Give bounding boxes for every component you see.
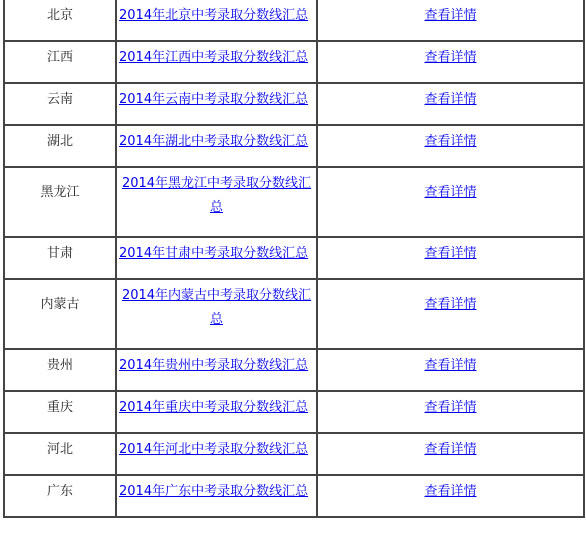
score-table: 北京 2014年北京中考录取分数线汇总 查看详情 江西 2014年江西中考录取分…: [3, 0, 585, 518]
table-row: 云南 2014年云南中考录取分数线汇总 查看详情: [4, 83, 584, 125]
region-name: 甘肃: [47, 242, 73, 266]
region-name: 黑龙江: [40, 181, 79, 205]
region-cell: 河北: [4, 433, 116, 475]
score-summary-link[interactable]: 2014年北京中考录取分数线汇总: [119, 4, 314, 28]
title-cell: 2014年内蒙古中考录取分数线汇总: [116, 279, 317, 349]
region-cell: 贵州: [4, 349, 116, 391]
detail-cell: 查看详情: [317, 475, 584, 517]
title-cell: 2014年北京中考录取分数线汇总: [116, 0, 317, 41]
score-summary-link[interactable]: 2014年云南中考录取分数线汇总: [119, 88, 314, 112]
table-row: 甘肃 2014年甘肃中考录取分数线汇总 查看详情: [4, 237, 584, 279]
title-cell: 2014年湖北中考录取分数线汇总: [116, 125, 317, 167]
view-details-link[interactable]: 查看详情: [424, 297, 476, 312]
region-cell: 北京: [4, 0, 116, 41]
detail-cell: 查看详情: [317, 279, 584, 349]
region-name: 贵州: [47, 354, 73, 378]
view-details-link[interactable]: 查看详情: [424, 442, 476, 457]
title-cell: 2014年云南中考录取分数线汇总: [116, 83, 317, 125]
view-details-link[interactable]: 查看详情: [424, 246, 476, 261]
title-cell: 2014年广东中考录取分数线汇总: [116, 475, 317, 517]
table-row: 黑龙江 2014年黑龙江中考录取分数线汇总 查看详情: [4, 167, 584, 237]
view-details-link[interactable]: 查看详情: [424, 358, 476, 373]
title-cell: 2014年重庆中考录取分数线汇总: [116, 391, 317, 433]
table-row: 河北 2014年河北中考录取分数线汇总 查看详情: [4, 433, 584, 475]
region-name: 内蒙古: [40, 293, 79, 317]
score-summary-link[interactable]: 2014年江西中考录取分数线汇总: [119, 46, 314, 70]
score-summary-link[interactable]: 2014年重庆中考录取分数线汇总: [119, 396, 314, 420]
detail-cell: 查看详情: [317, 0, 584, 41]
detail-cell: 查看详情: [317, 125, 584, 167]
table-row: 贵州 2014年贵州中考录取分数线汇总 查看详情: [4, 349, 584, 391]
title-cell: 2014年河北中考录取分数线汇总: [116, 433, 317, 475]
region-cell: 甘肃: [4, 237, 116, 279]
score-summary-link[interactable]: 2014年广东中考录取分数线汇总: [119, 480, 314, 504]
table-row: 江西 2014年江西中考录取分数线汇总 查看详情: [4, 41, 584, 83]
region-name: 江西: [47, 46, 73, 70]
score-summary-link[interactable]: 2014年湖北中考录取分数线汇总: [119, 130, 314, 154]
region-cell: 湖北: [4, 125, 116, 167]
detail-cell: 查看详情: [317, 83, 584, 125]
title-cell: 2014年江西中考录取分数线汇总: [116, 41, 317, 83]
table-row: 重庆 2014年重庆中考录取分数线汇总 查看详情: [4, 391, 584, 433]
title-cell: 2014年贵州中考录取分数线汇总: [116, 349, 317, 391]
region-cell: 重庆: [4, 391, 116, 433]
detail-cell: 查看详情: [317, 391, 584, 433]
region-cell: 广东: [4, 475, 116, 517]
region-name: 广东: [47, 480, 73, 504]
score-summary-link[interactable]: 2014年贵州中考录取分数线汇总: [119, 354, 314, 378]
region-name: 重庆: [47, 396, 73, 420]
region-name: 湖北: [47, 130, 73, 154]
region-cell: 内蒙古: [4, 279, 116, 349]
title-cell: 2014年甘肃中考录取分数线汇总: [116, 237, 317, 279]
detail-cell: 查看详情: [317, 433, 584, 475]
table-row: 湖北 2014年湖北中考录取分数线汇总 查看详情: [4, 125, 584, 167]
score-summary-link[interactable]: 2014年甘肃中考录取分数线汇总: [119, 242, 314, 266]
view-details-link[interactable]: 查看详情: [424, 8, 476, 23]
view-details-link[interactable]: 查看详情: [424, 484, 476, 499]
detail-cell: 查看详情: [317, 349, 584, 391]
region-name: 云南: [47, 88, 73, 112]
region-name: 北京: [47, 4, 73, 28]
view-details-link[interactable]: 查看详情: [424, 92, 476, 107]
table-row: 北京 2014年北京中考录取分数线汇总 查看详情: [4, 0, 584, 41]
region-cell: 江西: [4, 41, 116, 83]
table-row: 内蒙古 2014年内蒙古中考录取分数线汇总 查看详情: [4, 279, 584, 349]
table-row: 广东 2014年广东中考录取分数线汇总 查看详情: [4, 475, 584, 517]
detail-cell: 查看详情: [317, 237, 584, 279]
view-details-link[interactable]: 查看详情: [424, 400, 476, 415]
view-details-link[interactable]: 查看详情: [424, 185, 476, 200]
region-cell: 云南: [4, 83, 116, 125]
detail-cell: 查看详情: [317, 41, 584, 83]
view-details-link[interactable]: 查看详情: [424, 134, 476, 149]
score-summary-link[interactable]: 2014年河北中考录取分数线汇总: [119, 438, 314, 462]
region-name: 河北: [47, 438, 73, 462]
score-summary-link[interactable]: 2014年黑龙江中考录取分数线汇总: [119, 172, 314, 220]
region-cell: 黑龙江: [4, 167, 116, 237]
title-cell: 2014年黑龙江中考录取分数线汇总: [116, 167, 317, 237]
detail-cell: 查看详情: [317, 167, 584, 237]
view-details-link[interactable]: 查看详情: [424, 50, 476, 65]
score-table-container: 北京 2014年北京中考录取分数线汇总 查看详情 江西 2014年江西中考录取分…: [3, 0, 583, 518]
score-summary-link[interactable]: 2014年内蒙古中考录取分数线汇总: [119, 284, 314, 332]
